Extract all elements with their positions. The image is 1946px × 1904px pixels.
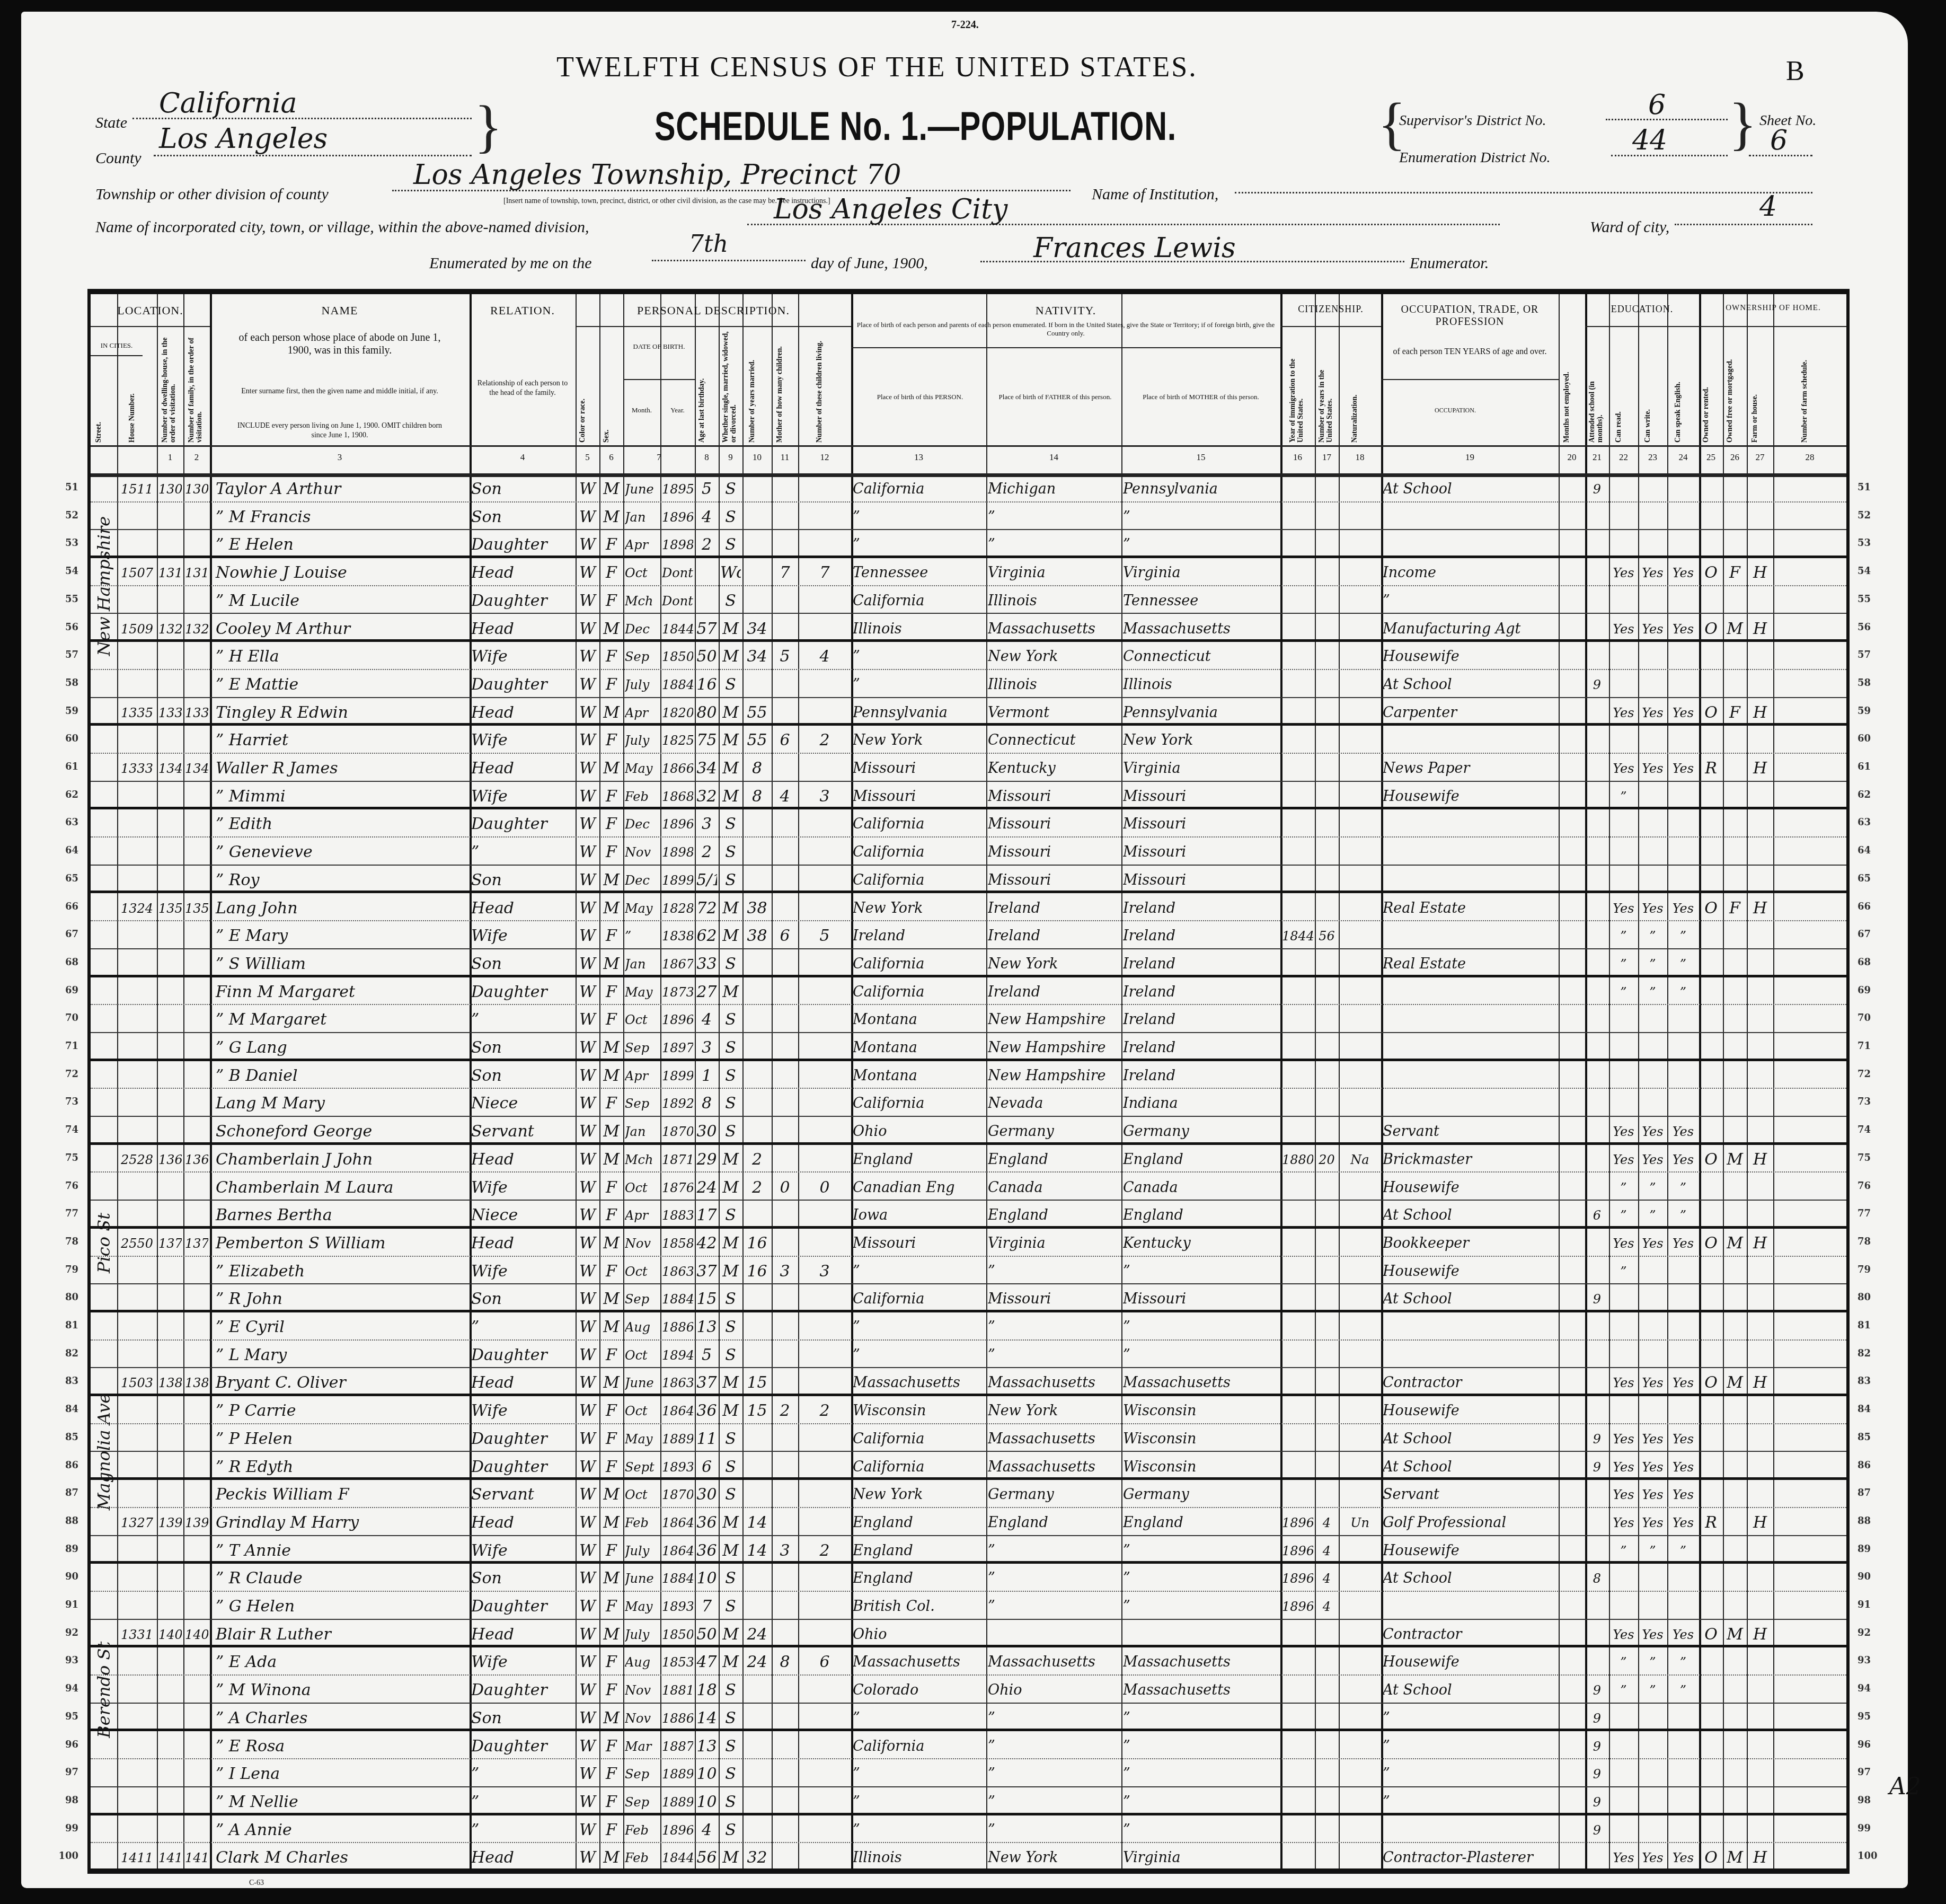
table-row: ” P CarrieWifeWFOct186436M1522WisconsinN…	[91, 1396, 1846, 1424]
cell-read: ”	[1611, 953, 1637, 976]
ward-line	[1675, 224, 1812, 225]
cell-yrs-married: 34	[744, 645, 770, 668]
cell-yrs-married	[744, 1120, 770, 1143]
header-ownership: OWNERSHIP OF HOME.	[1699, 304, 1847, 313]
cell-sex: M	[601, 1036, 622, 1060]
cell-house	[119, 1651, 155, 1674]
cell-father-birth: New York	[988, 953, 1120, 976]
cell-father-birth: ”	[988, 1260, 1120, 1283]
cell-immig	[1282, 1204, 1313, 1227]
cell-house	[119, 1120, 155, 1143]
cell-age: 4	[696, 506, 717, 529]
cell-months	[1560, 1483, 1584, 1506]
cell-living	[800, 953, 850, 976]
column-number: 12	[798, 452, 851, 463]
cell-school: 9	[1587, 1791, 1607, 1814]
cell-month: Oct	[625, 1399, 659, 1423]
cell-yrs-us	[1316, 1232, 1337, 1255]
cell-relation: ”	[471, 1008, 574, 1032]
cell-house	[119, 506, 155, 529]
cell-month: Oct	[625, 1483, 659, 1506]
cell-read: ”	[1611, 1651, 1637, 1674]
cell-owned: O	[1701, 1148, 1721, 1171]
cell-free	[1724, 1819, 1745, 1842]
cell-yrs-us	[1316, 618, 1337, 641]
header-owned-free: Owned free or mortgaged.	[1726, 352, 1744, 443]
cell-yrs-married: 8	[744, 757, 770, 780]
line-number: 95	[52, 1711, 78, 1722]
cell-house	[119, 589, 155, 613]
cell-yrs-married	[744, 1567, 770, 1590]
cell-read	[1611, 813, 1637, 836]
cell-month: June	[625, 478, 659, 501]
cell-mother-birth: Germany	[1123, 1483, 1279, 1506]
cell-dwelling: 141	[158, 1846, 182, 1870]
cell-occupation	[1383, 1595, 1557, 1618]
cell-read	[1611, 1288, 1637, 1311]
cell-farm	[1748, 785, 1772, 808]
cell-name: ” M Margaret	[211, 1008, 472, 1032]
cell-name: ” Harriet	[211, 729, 472, 752]
cell-marital: S	[720, 1204, 741, 1227]
cell-read	[1611, 1819, 1637, 1842]
census-title: TWELFTH CENSUS OF THE UNITED STATES.	[556, 50, 1198, 83]
line-number: 66	[52, 901, 78, 912]
cell-father-birth: Michigan	[988, 478, 1120, 501]
cell-owned	[1701, 1819, 1721, 1842]
cell-color: W	[577, 813, 598, 836]
cell-age: 34	[696, 757, 717, 780]
cell-sex: F	[601, 1762, 622, 1786]
header-can-speak: Can speak English.	[1674, 352, 1692, 443]
table-row: ” G LangSonWMSep18973SMontanaNew Hampshi…	[91, 1033, 1846, 1061]
cell-occupation: Real Estate	[1383, 953, 1557, 976]
cell-yrs-us	[1316, 1120, 1337, 1143]
cell-month: Sept	[625, 1456, 659, 1479]
cell-write	[1640, 1344, 1666, 1367]
cell-natur	[1340, 1791, 1379, 1814]
table-row: Schoneford GeorgeServantWMJan187030SOhio…	[91, 1117, 1846, 1145]
cell-free	[1724, 1483, 1745, 1506]
cell-read: Yes	[1611, 757, 1637, 780]
cell-age: 75	[696, 729, 717, 752]
cell-months	[1560, 1539, 1584, 1563]
cell-write: ”	[1640, 1204, 1666, 1227]
cell-color: W	[577, 1735, 598, 1758]
cell-months	[1560, 1846, 1584, 1870]
cell-free	[1724, 1344, 1745, 1367]
street-name: Magnolia Ave	[94, 1372, 115, 1531]
column-number: 21	[1585, 452, 1609, 463]
cell-dwelling: 137	[158, 1232, 182, 1255]
line-number: 51	[52, 482, 78, 493]
cell-english	[1669, 589, 1697, 613]
cell-birth: Montana	[853, 1064, 985, 1088]
cell-sex: F	[601, 1595, 622, 1618]
cell-dwelling	[158, 953, 182, 976]
cell-sex: F	[601, 673, 622, 697]
cell-owned	[1701, 1651, 1721, 1674]
cell-owned	[1701, 533, 1721, 557]
cell-immig	[1282, 981, 1313, 1004]
cell-marital: S	[720, 869, 741, 892]
cell-family	[185, 533, 208, 557]
cell-year: 1899	[662, 1064, 693, 1088]
cell-dwelling: 131	[158, 561, 182, 585]
cell-owned	[1701, 924, 1721, 948]
cell-owned	[1701, 1456, 1721, 1479]
cell-owned: R	[1701, 757, 1721, 780]
cell-mother-birth: ”	[1123, 1567, 1279, 1590]
cell-immig	[1282, 673, 1313, 697]
cell-farm	[1748, 1427, 1772, 1451]
cell-color: W	[577, 785, 598, 808]
header-occupation-col: OCCUPATION.	[1384, 406, 1527, 415]
county-value: Los Angeles	[159, 123, 328, 155]
cell-immig	[1282, 897, 1313, 920]
cell-month: Apr	[625, 1204, 659, 1227]
cell-month: Dec	[625, 869, 659, 892]
cell-children	[773, 1371, 797, 1395]
cell-english: ”	[1669, 1651, 1697, 1674]
line-number: 71	[52, 1041, 78, 1052]
cell-yrs-married	[744, 981, 770, 1004]
cell-occupation: Brickmaster	[1383, 1148, 1557, 1171]
cell-sex: F	[601, 841, 622, 864]
cell-owned: O	[1701, 897, 1721, 920]
cell-marital: S	[720, 589, 741, 613]
cell-free: F	[1724, 701, 1745, 725]
cell-mother-birth: Virginia	[1123, 757, 1279, 780]
cell-months	[1560, 1008, 1584, 1032]
cell-relation: Daughter	[471, 1344, 574, 1367]
cell-father-birth: ”	[988, 1567, 1120, 1590]
cell-school	[1587, 506, 1607, 529]
cell-relation: Head	[471, 1623, 574, 1646]
line-number: 62	[52, 789, 78, 800]
cell-living	[800, 701, 850, 725]
cell-color: W	[577, 1651, 598, 1674]
cell-family	[185, 841, 208, 864]
cell-occupation	[1383, 1819, 1557, 1842]
cell-relation: Daughter	[471, 981, 574, 1004]
cell-dwelling	[158, 1204, 182, 1227]
line-number: 86	[1857, 1460, 1884, 1471]
line-number: 75	[52, 1152, 78, 1163]
cell-children	[773, 1846, 797, 1870]
cell-read: Yes	[1611, 1232, 1637, 1255]
cell-relation: Wife	[471, 645, 574, 668]
cell-owned	[1701, 1707, 1721, 1730]
table-row: Finn M MargaretDaughterWFMay187327MCalif…	[91, 977, 1846, 1006]
cell-marital: S	[720, 1288, 741, 1311]
header-nativity-desc: Place of birth of each person and parent…	[856, 321, 1275, 338]
cell-relation: Son	[471, 478, 574, 501]
cell-age: 2	[696, 841, 717, 864]
cell-marital: M	[720, 897, 741, 920]
header-occupation-desc: of each person TEN YEARS of age and over…	[1386, 347, 1553, 357]
cell-months	[1560, 1288, 1584, 1311]
cell-dwelling: 134	[158, 757, 182, 780]
cell-sex: F	[601, 1204, 622, 1227]
cell-color: W	[577, 506, 598, 529]
cell-months	[1560, 589, 1584, 613]
line-number: 70	[1857, 1012, 1884, 1024]
cell-children	[773, 1707, 797, 1730]
cell-living: 3	[800, 1260, 850, 1283]
cell-name: Pemberton S William	[211, 1232, 472, 1255]
cell-name: ” E Cyril	[211, 1316, 472, 1339]
cell-free	[1724, 869, 1745, 892]
cell-name: Clark M Charles	[211, 1846, 472, 1870]
cell-school: 9	[1587, 1456, 1607, 1479]
cell-school	[1587, 1399, 1607, 1423]
cell-immig: 1896	[1282, 1511, 1313, 1535]
cell-birth: Massachusetts	[853, 1371, 985, 1395]
cell-year: 1884	[662, 673, 693, 697]
cell-family	[185, 506, 208, 529]
cell-sex: M	[601, 1483, 622, 1506]
enumerated-suffix: day of June, 1900,	[811, 254, 928, 272]
cell-school: 9	[1587, 673, 1607, 697]
cell-english	[1669, 1762, 1697, 1786]
cell-color: W	[577, 1008, 598, 1032]
cell-months	[1560, 1316, 1584, 1339]
cell-father-birth: Ireland	[988, 924, 1120, 948]
cell-english	[1669, 869, 1697, 892]
cell-farm	[1748, 1819, 1772, 1842]
cell-month: Oct	[625, 1260, 659, 1283]
cell-free	[1724, 1679, 1745, 1702]
cell-birth: New York	[853, 729, 985, 752]
cell-school	[1587, 1148, 1607, 1171]
cell-relation: Niece	[471, 1092, 574, 1115]
cell-marital: S	[720, 533, 741, 557]
cell-immig	[1282, 953, 1313, 976]
cell-yrs-us: 4	[1316, 1539, 1337, 1563]
cell-house	[119, 1176, 155, 1200]
cell-sex: M	[601, 1148, 622, 1171]
cell-living	[800, 618, 850, 641]
table-row: ” E AdaWifeWFAug185347M2486Massachusetts…	[91, 1647, 1846, 1676]
cell-farm	[1748, 1344, 1772, 1367]
cell-living: 6	[800, 1651, 850, 1674]
cell-dwelling	[158, 924, 182, 948]
cell-mother-birth: Massachusetts	[1123, 1651, 1279, 1674]
cell-read	[1611, 533, 1637, 557]
cell-marital: S	[720, 1762, 741, 1786]
cell-english: ”	[1669, 1679, 1697, 1702]
cell-living	[800, 841, 850, 864]
cell-children: 0	[773, 1176, 797, 1200]
cell-marital: M	[720, 729, 741, 752]
table-row: ” E HelenDaughterWFApr18982S”””	[91, 530, 1846, 558]
cell-school	[1587, 785, 1607, 808]
cell-mother-birth: ”	[1123, 1735, 1279, 1758]
cell-farm	[1748, 1707, 1772, 1730]
cell-relation: Son	[471, 953, 574, 976]
cell-house	[119, 953, 155, 976]
cell-occupation	[1383, 841, 1557, 864]
cell-color: W	[577, 1567, 598, 1590]
cell-family	[185, 1819, 208, 1842]
enumeration-value: 44	[1632, 125, 1667, 156]
cell-house	[119, 1316, 155, 1339]
cell-relation: Daughter	[471, 813, 574, 836]
cell-farm	[1748, 1316, 1772, 1339]
cell-birth: ”	[853, 506, 985, 529]
cell-free	[1724, 1120, 1745, 1143]
cell-farm	[1748, 1679, 1772, 1702]
cell-farm	[1748, 1120, 1772, 1143]
header-rule	[623, 379, 695, 380]
cell-year: 1896	[662, 1008, 693, 1032]
cell-dwelling	[158, 645, 182, 668]
line-number: 54	[52, 566, 78, 577]
table-row: 1511130130Taylor A ArthurSonWMJune18955S…	[91, 474, 1846, 503]
cell-owned	[1701, 813, 1721, 836]
cell-yrs-married	[744, 1427, 770, 1451]
cell-relation: Head	[471, 561, 574, 585]
cell-living	[800, 1567, 850, 1590]
cell-read	[1611, 841, 1637, 864]
line-number: 84	[52, 1404, 78, 1415]
cell-write: ”	[1640, 953, 1666, 976]
header-name: NAME	[210, 304, 470, 318]
cell-mother-birth: Canada	[1123, 1176, 1279, 1200]
cell-birth: Pennsylvania	[853, 701, 985, 725]
cell-family	[185, 1456, 208, 1479]
cell-yrs-us: 20	[1316, 1148, 1337, 1171]
cell-father-birth: ”	[988, 1819, 1120, 1842]
cell-natur	[1340, 1092, 1379, 1115]
cell-color: W	[577, 1511, 598, 1535]
cell-school	[1587, 953, 1607, 976]
cell-living	[800, 506, 850, 529]
cell-year: 1897	[662, 1036, 693, 1060]
line-number: 61	[1857, 761, 1884, 772]
table-row: ” HarrietWifeWFJuly182575M5562New YorkCo…	[91, 726, 1846, 754]
cell-write	[1640, 1735, 1666, 1758]
cell-relation: Wife	[471, 1651, 574, 1674]
cell-mother-birth: ”	[1123, 1791, 1279, 1814]
cell-mother-birth: Connecticut	[1123, 645, 1279, 668]
cell-yrs-us	[1316, 1036, 1337, 1060]
cell-age: 10	[696, 1791, 717, 1814]
header-name-instr2: INCLUDE every person living on June 1, 1…	[231, 421, 448, 440]
cell-immig	[1282, 1791, 1313, 1814]
cell-family	[185, 1176, 208, 1200]
cell-dwelling	[158, 1344, 182, 1367]
cell-birth: New York	[853, 1483, 985, 1506]
line-number: 59	[1857, 706, 1884, 717]
cell-mother-birth: ”	[1123, 1539, 1279, 1563]
line-number: 69	[52, 985, 78, 996]
cell-immig	[1282, 1483, 1313, 1506]
street-name: Pico St	[94, 1149, 115, 1336]
cell-age: 13	[696, 1316, 717, 1339]
cell-year: 1866	[662, 757, 693, 780]
cell-english	[1669, 673, 1697, 697]
cell-living: 2	[800, 729, 850, 752]
cell-living	[800, 869, 850, 892]
cell-immig	[1282, 1120, 1313, 1143]
cell-house	[119, 1762, 155, 1786]
cell-write	[1640, 1819, 1666, 1842]
cell-owned	[1701, 1092, 1721, 1115]
cell-children	[773, 701, 797, 725]
cell-house	[119, 1008, 155, 1032]
cell-english: ”	[1669, 953, 1697, 976]
cell-mother-birth: Missouri	[1123, 841, 1279, 864]
cell-yrs-us	[1316, 1288, 1337, 1311]
cell-birth: California	[853, 981, 985, 1004]
header-years-married: Number of years married.	[748, 329, 766, 443]
cell-mother-birth: Ireland	[1123, 1064, 1279, 1088]
cell-months	[1560, 1148, 1584, 1171]
cell-relation: Head	[471, 897, 574, 920]
cell-birth: California	[853, 589, 985, 613]
cell-yrs-married	[744, 1064, 770, 1088]
cell-house: 1331	[119, 1623, 155, 1646]
cell-yrs-us	[1316, 869, 1337, 892]
cell-house	[119, 1679, 155, 1702]
cell-dwelling	[158, 1567, 182, 1590]
ward-value: 4	[1759, 191, 1777, 223]
header-living: Number of these children living.	[816, 329, 834, 443]
cell-yrs-us	[1316, 1008, 1337, 1032]
cell-year: 1850	[662, 1623, 693, 1646]
column-number: 16	[1280, 452, 1315, 463]
cell-father-birth: Illinois	[988, 673, 1120, 697]
cell-mother-birth: ”	[1123, 1707, 1279, 1730]
cell-marital: M	[720, 1148, 741, 1171]
cell-free	[1724, 1036, 1745, 1060]
cell-children	[773, 618, 797, 641]
cell-color: W	[577, 1456, 598, 1479]
cell-months	[1560, 1791, 1584, 1814]
cell-natur	[1340, 729, 1379, 752]
cell-write	[1640, 813, 1666, 836]
cell-school	[1587, 1036, 1607, 1060]
table-row: 1324135135Lang JohnHeadWMMay182872M38New…	[91, 894, 1846, 922]
cell-months	[1560, 1399, 1584, 1423]
cell-yrs-married: 38	[744, 924, 770, 948]
cell-months	[1560, 645, 1584, 668]
cell-year: 1898	[662, 533, 693, 557]
cell-living	[800, 1511, 850, 1535]
cell-family	[185, 1064, 208, 1088]
cell-owned	[1701, 1176, 1721, 1200]
table-row: 1509132132Cooley M ArthurHeadWMDec184457…	[91, 614, 1846, 642]
cell-father-birth: ”	[988, 1735, 1120, 1758]
cell-marital: M	[720, 1846, 741, 1870]
cell-marital: M	[720, 1176, 741, 1200]
cell-occupation: Golf Professional	[1383, 1511, 1557, 1535]
cell-house: 1503	[119, 1371, 155, 1395]
cell-occupation	[1383, 729, 1557, 752]
cell-father-birth: Ireland	[988, 897, 1120, 920]
cell-free	[1724, 757, 1745, 780]
cell-mother-birth: ”	[1123, 1344, 1279, 1367]
cell-months	[1560, 841, 1584, 864]
cell-sex: F	[601, 1456, 622, 1479]
cell-father-birth: New Hampshire	[988, 1036, 1120, 1060]
cell-family	[185, 785, 208, 808]
cell-mother-birth: Missouri	[1123, 869, 1279, 892]
cell-mother-birth: ”	[1123, 533, 1279, 557]
cell-write	[1640, 785, 1666, 808]
